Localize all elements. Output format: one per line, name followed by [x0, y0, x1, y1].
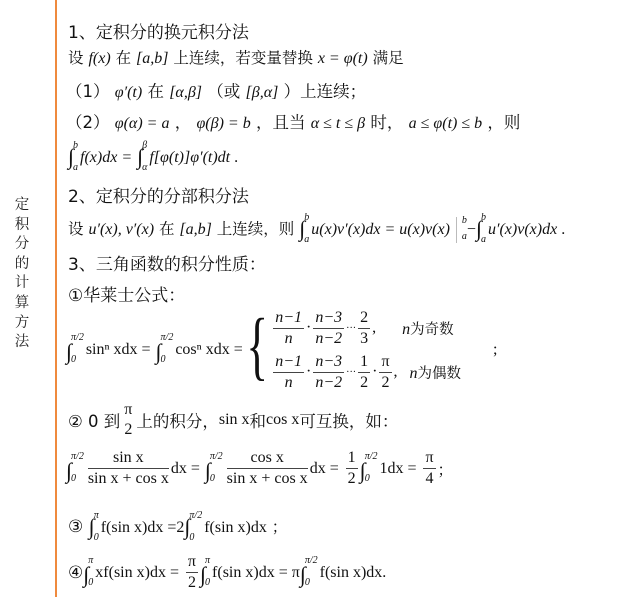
side-title-char: 积 [8, 216, 36, 236]
math-expr: f(x) [88, 50, 110, 67]
section1-heading: 1、定积分的换元积分法 [68, 18, 249, 43]
section2-line: 设 u′(x), v′(x) 在 [a,b] 上连续，则 ∫bau(x)v′(x… [68, 214, 565, 243]
wallis-cases: n−1n·n−3n−2···23, n为奇数 n−1n·n−3n−2···12·… [271, 306, 461, 394]
section3-heading: 3、三角函数的积分性质： [68, 250, 266, 275]
side-title-char: 计 [8, 274, 36, 294]
section1-line1: 设 f(x) 在 [a,b] 上连续，若变量替换 x = φ(t) 满足 [68, 46, 404, 68]
item2-heading: ② 0 到 π2 上的积分， sin x 和 cos x 可互换，如： [68, 400, 398, 440]
math-expr: [α,β] [169, 84, 202, 101]
math-expr: φ(β) = b [196, 115, 250, 132]
math-expr: x = φ(t) [318, 50, 368, 67]
section1-condition-1: （1） φ′(t) 在 [α,β] （或 [β,α] ）上连续； [66, 78, 366, 102]
math-expr: [a,b] [136, 50, 168, 67]
side-title-char: 法 [8, 333, 36, 353]
math-expr: u′(x), v′(x) [88, 221, 154, 238]
wallis-formula: ∫π/20sinⁿ xdx = ∫π/20cosⁿ xdx = { n−1n·n… [66, 304, 497, 396]
math-expr: [a,b] [179, 221, 211, 238]
item2-formula: ∫π/20sin xsin x + cos xdx = ∫π/20cos xsi… [66, 448, 453, 489]
side-title: 定 积 分 的 计 算 方 法 [8, 196, 36, 353]
math-expr: [β,α] [246, 84, 279, 101]
item3-formula: ③ ∫π0f(sin x)dx =2∫π/20f(sin x)dx ； [68, 512, 287, 538]
math-expr: φ(α) = a [115, 115, 170, 132]
accent-divider [55, 0, 57, 597]
case-odd: n−1n·n−3n−2···23, n为奇数 [271, 306, 461, 350]
section1-condition-2: （2） φ(α) = a ， φ(β) = b ，且当 α ≤ t ≤ β 时，… [66, 109, 520, 133]
evaluation-bar: ba [456, 217, 457, 243]
left-brace: { [246, 308, 268, 384]
math-expr: φ′(t) [115, 84, 142, 101]
math-expr: α ≤ t ≤ β [311, 115, 365, 132]
side-title-char: 分 [8, 235, 36, 255]
math-expr: a ≤ φ(t) ≤ b [409, 115, 483, 132]
case-even: n−1n·n−3n−2···12·π2, n为偶数 [271, 350, 461, 394]
section2-heading: 2、定积分的分部积分法 [68, 182, 249, 207]
wallis-heading: ①华莱士公式： [68, 281, 185, 306]
side-title-char: 算 [8, 294, 36, 314]
side-title-char: 的 [8, 255, 36, 275]
side-title-char: 方 [8, 314, 36, 334]
section1-formula: ∫baf(x)dx = ∫βαf[φ(t)]φ′(t)dt . [68, 142, 238, 168]
side-title-char: 定 [8, 196, 36, 216]
item4-formula: ④ ∫π0xf(sin x)dx = π2∫π0f(sin x)dx = π∫π… [68, 552, 386, 593]
